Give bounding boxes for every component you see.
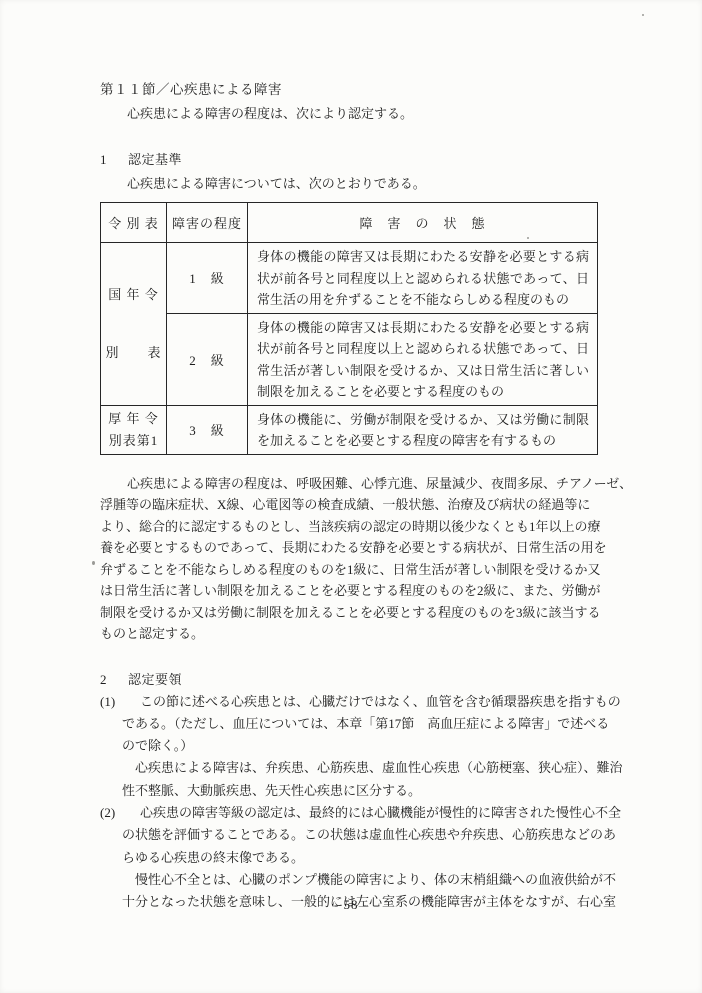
item-marker: (1) bbox=[100, 691, 140, 713]
document-content: 第１１節／心疾患による障害 心疾患による障害の程度は、次により認定する。 1 認… bbox=[0, 0, 702, 993]
item-line: らゆる心疾患の終末像である。 bbox=[100, 847, 618, 869]
heading-label: 認定基準 bbox=[128, 149, 182, 171]
table-row: 2 級 身体の機能の障害又は長期にわたる安静を必要とする病状が前各号と同程度以上… bbox=[101, 313, 598, 405]
table-header-row: 令 別 表 障害の程度 障 害 の 状 態 bbox=[101, 203, 598, 243]
col-header-rei-beppyo: 令 別 表 bbox=[101, 203, 167, 243]
table-row: 厚 年 令 別表第1 3 級 身体の機能に、労働が制限を受けるか、又は労働に制限… bbox=[101, 405, 598, 454]
paragraph-line: より、総合的に認定するものとし、当該疾病の認定の時期以後少なくとも1年以上の療 bbox=[100, 516, 618, 538]
document-page: 第１１節／心疾患による障害 心疾患による障害の程度は、次により認定する。 1 認… bbox=[0, 0, 702, 993]
item-line: の状態を評価することである。この状態は虚血性心疾患や弁疾患、心筋疾患などのあ bbox=[100, 824, 618, 846]
heading-label: 認定要領 bbox=[128, 669, 182, 691]
table-row: 国 年 令 別 表 1 級 身体の機能の障害又は長期にわたる安静を必要とする病状… bbox=[101, 243, 598, 314]
paragraph-line: 心疾患による障害の程度は、呼吸困難、心悸亢進、尿量減少、夜間多尿、チアノーゼ、 bbox=[100, 473, 618, 495]
paragraph-line: 弁ずることを不能ならしめる程度のものを1級に、日常生活が著しい制限を受けるか又 bbox=[100, 559, 618, 581]
item-line: ので除く。） bbox=[100, 735, 618, 757]
item-line: この節に述べる心疾患とは、心臓だけではなく、血管を含む循環器疾患を指すもの bbox=[140, 691, 621, 713]
heading-number: 1 bbox=[100, 149, 128, 171]
section2-body: (1) この節に述べる心疾患とは、心臓だけではなく、血管を含む循環器疾患を指すも… bbox=[100, 691, 618, 914]
grade-cell-1: 1 級 bbox=[167, 243, 248, 314]
section1-intro: 心疾患による障害については、次のとおりである。 bbox=[100, 173, 618, 195]
group-label-line: 別表第1 bbox=[101, 430, 166, 452]
heading-nintei-yoryo: 2 認定要領 bbox=[100, 669, 618, 691]
grade-cell-3: 3 級 bbox=[167, 405, 248, 454]
group-cell-konenrei: 厚 年 令 別表第1 bbox=[101, 405, 167, 454]
heading-number: 2 bbox=[100, 669, 128, 691]
section-title: 第１１節／心疾患による障害 bbox=[100, 80, 618, 100]
criteria-table: 令 別 表 障害の程度 障 害 の 状 態 国 年 令 別 表 1 級 身体の機… bbox=[100, 202, 598, 455]
col-header-shogai-teido: 障害の程度 bbox=[167, 203, 248, 243]
paragraph-line: 浮腫等の臨床症状、X線、心電図等の検査成績、一般状態、治療及び病状の経過等に bbox=[100, 494, 618, 516]
scan-speck bbox=[642, 14, 644, 16]
list-item: (2) 心疾患の障害等級の認定は、最終的には心臓機能が慢性的に障害された慢性心不… bbox=[100, 802, 618, 824]
paragraph-line: 制限を受けるか又は労働に制限を加えることを必要とする程度のものを3級に該当する bbox=[100, 602, 618, 624]
description-cell-1: 身体の機能の障害又は長期にわたる安静を必要とする病状が前各号と同程度以上と認めら… bbox=[248, 243, 598, 314]
item-line: 心疾患の障害等級の認定は、最終的には心臓機能が慢性的に障害された慢性心不全 bbox=[140, 802, 621, 824]
paragraph-line: ものと認定する。 bbox=[100, 623, 618, 645]
item-line: 心疾患による障害は、弁疾患、心筋疾患、虚血性心疾患（心筋梗塞、狭心症）、難治 bbox=[100, 757, 618, 779]
section1-paragraph: 心疾患による障害の程度は、呼吸困難、心悸亢進、尿量減少、夜間多尿、チアノーゼ、 … bbox=[100, 473, 618, 645]
item-marker: (2) bbox=[100, 802, 140, 824]
section-intro: 心疾患による障害の程度は、次により認定する。 bbox=[100, 103, 618, 125]
heading-nintei-kijun: 1 認定基準 bbox=[100, 149, 618, 171]
paragraph-line: は日常生活に著しい制限を加えることを必要とする程度のものを2級に、また、労働が bbox=[100, 580, 618, 602]
description-cell-2: 身体の機能の障害又は長期にわたる安静を必要とする病状が前各号と同程度以上と認めら… bbox=[248, 313, 598, 405]
scan-speck bbox=[92, 561, 95, 565]
group-label-line: 国 年 令 bbox=[101, 284, 166, 306]
group-label-line: 別 表 bbox=[101, 342, 166, 364]
group-label-line: 厚 年 令 bbox=[101, 408, 166, 430]
col-header-shogai-jotai: 障 害 の 状 態 bbox=[248, 203, 598, 243]
item-line: 慢性心不全とは、心臓のポンプ機能の障害により、体の末梢組織への血液供給が不 bbox=[100, 869, 618, 891]
grade-cell-2: 2 級 bbox=[167, 313, 248, 405]
paragraph-line: 養を必要とするものであって、長期にわたる安静を必要とする病状が、日常生活の用を bbox=[100, 537, 618, 559]
description-cell-3: 身体の機能に、労働が制限を受けるか、又は労働に制限を加えることを必要とする程度の… bbox=[248, 405, 598, 454]
scan-speck bbox=[527, 237, 529, 239]
group-cell-kokunenrei: 国 年 令 別 表 bbox=[101, 243, 167, 406]
page-number: - 58 - bbox=[0, 897, 702, 913]
item-line: である。（ただし、血圧については、本章「第17節 高血圧症による障害」で述べる bbox=[100, 713, 618, 735]
list-item: (1) この節に述べる心疾患とは、心臓だけではなく、血管を含む循環器疾患を指すも… bbox=[100, 691, 618, 713]
item-line: 性不整脈、大動脈疾患、先天性心疾患に区分する。 bbox=[100, 780, 618, 802]
